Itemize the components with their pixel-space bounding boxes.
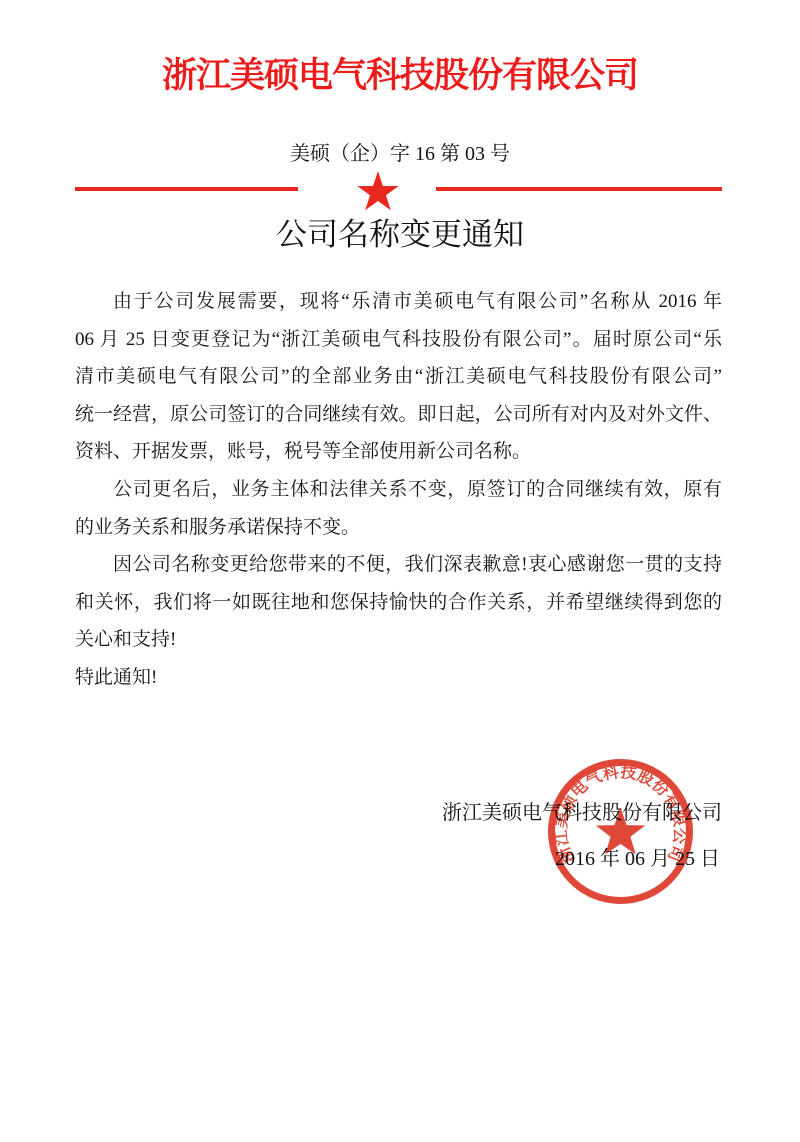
notice-title: 公司名称变更通知	[0, 215, 800, 255]
company-seal-stamp: 浙江美硕电气科技股份有限公司	[546, 757, 695, 906]
document-page: 浙江美硕电气科技股份有限公司 美硕（企）字 16 第 03 号 ★ 公司名称变更…	[0, 0, 800, 1142]
body-line: 和关怀，我们将一如既往地和您保持愉快的合作关系，并希望继续得到您的	[75, 584, 722, 622]
body-line: 关心和支持!	[75, 621, 722, 659]
star-icon: ★	[354, 165, 402, 219]
body-line: 资料、开据发票，账号，税号等全部使用新公司名称。	[75, 433, 722, 471]
body-line: 由于公司发展需要，现将“乐清市美硕电气有限公司”名称从 2016 年	[75, 283, 722, 321]
body-line: 的业务关系和服务承诺保持不变。	[75, 509, 722, 547]
divider-line-left	[75, 187, 298, 191]
company-letterhead-title: 浙江美硕电气科技股份有限公司	[0, 50, 800, 102]
seal-star-icon	[596, 808, 645, 855]
header-divider: ★	[75, 187, 722, 191]
notice-body: 由于公司发展需要，现将“乐清市美硕电气有限公司”名称从 2016 年 06 月 …	[75, 283, 722, 697]
body-line: 统一经营，原公司签订的合同继续有效。即日起，公司所有对内及对外文件、	[75, 396, 722, 434]
body-line: 公司更名后，业务主体和法律关系不变，原签订的合同继续有效，原有	[75, 471, 722, 509]
body-line-closing: 特此通知!	[75, 659, 722, 697]
body-line: 06 月 25 日变更登记为“浙江美硕电气科技股份有限公司”。届时原公司“乐	[75, 321, 722, 359]
divider-line-right	[436, 187, 722, 191]
body-line: 因公司名称变更给您带来的不便，我们深表歉意!衷心感谢您一贯的支持	[75, 546, 722, 584]
body-line: 清市美硕电气有限公司”的全部业务由“浙江美硕电气科技股份有限公司”	[75, 358, 722, 396]
